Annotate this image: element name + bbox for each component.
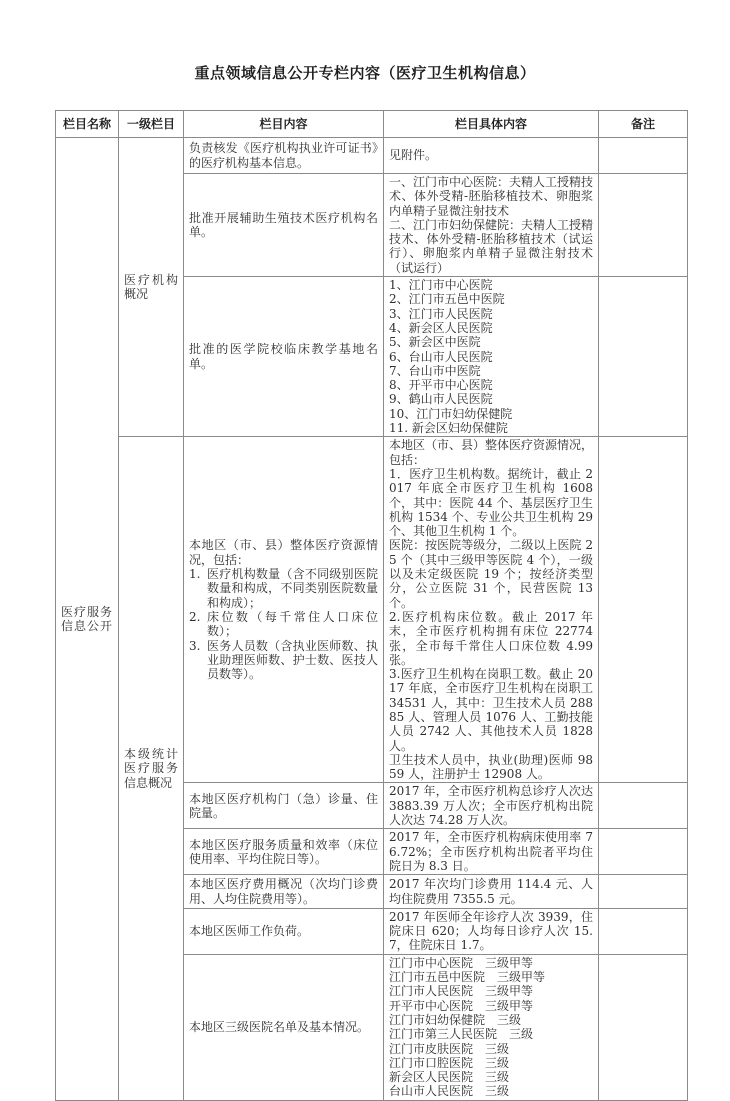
header-content: 栏目内容 <box>184 111 384 138</box>
group-cell-statistics-overview: 本级统计医疗服务信息概况 <box>119 437 184 1100</box>
list-marker: 2. <box>189 610 207 639</box>
info-disclosure-table: 栏目名称 一级栏目 栏目内容 栏目具体内容 备注 医疗服务信息公开 医疗机构概况… <box>55 110 688 1101</box>
header-level1: 一级栏目 <box>119 111 184 138</box>
content-cell: 本地区医师工作负荷。 <box>184 908 384 954</box>
content-cell: 负责核发《医疗机构执业许可证书》的医疗机构基本信息。 <box>184 138 384 174</box>
remark-cell <box>599 954 688 1100</box>
remark-cell <box>599 875 688 909</box>
remark-cell <box>599 174 688 277</box>
remark-cell <box>599 437 688 783</box>
content-list-item: 3. 医务人员数（含执业医师数、执业助理医师数、护士数、医技人员数等）。 <box>189 639 378 682</box>
list-text: 医务人员数（含执业医师数、执业助理医师数、护士数、医技人员数等）。 <box>207 639 378 682</box>
details-cell: 一、江门市中心医院：夫精人工授精技术、体外受精-胚胎移植技术、卵胞浆内单精子显微… <box>384 174 599 277</box>
content-cell: 本地区医疗机构门（急）诊量、住院量。 <box>184 783 384 829</box>
remark-cell <box>599 829 688 875</box>
details-cell: 2017 年，全市医疗机构总诊疗人次达 3883.39 万人次；全市医疗机构出院… <box>384 783 599 829</box>
remark-cell <box>599 908 688 954</box>
content-intro: 本地区（市、县）整体医疗资源情况，包括： <box>189 538 378 567</box>
page-title: 重点领域信息公开专栏内容（医疗卫生机构信息） <box>0 62 730 83</box>
content-list-item: 1. 医疗机构数量（含不同级别医院数量和构成，不同类别医院数量和构成）； <box>189 567 378 610</box>
list-marker: 3. <box>189 639 207 682</box>
list-text: 医疗机构数量（含不同级别医院数量和构成，不同类别医院数量和构成）； <box>207 567 378 610</box>
header-row: 栏目名称 一级栏目 栏目内容 栏目具体内容 备注 <box>56 111 688 138</box>
page: { "doc": { "title": "重点领域信息公开专栏内容（医疗卫生机构… <box>0 0 730 1078</box>
details-cell: 见附件。 <box>384 138 599 174</box>
content-cell: 批准开展辅助生殖技术医疗机构名单。 <box>184 174 384 277</box>
details-cell: 2017 年次均门诊费用 114.4 元、人均住院费用 7355.5 元。 <box>384 875 599 909</box>
remark-cell <box>599 277 688 437</box>
table-row: 医疗服务信息公开 医疗机构概况 负责核发《医疗机构执业许可证书》的医疗机构基本信… <box>56 138 688 174</box>
list-text: 床位数（每千常住人口床位数）； <box>207 610 378 639</box>
header-column-name: 栏目名称 <box>56 111 119 138</box>
content-cell: 本地区医疗费用概况（次均门诊费用、人均住院费用等）。 <box>184 875 384 909</box>
content-cell: 本地区医疗服务质量和效率（床位使用率、平均住院日等）。 <box>184 829 384 875</box>
table-row: 本级统计医疗服务信息概况 本地区（市、县）整体医疗资源情况，包括： 1. 医疗机… <box>56 437 688 783</box>
content-cell: 本地区三级医院名单及基本情况。 <box>184 954 384 1100</box>
content-cell: 本地区（市、县）整体医疗资源情况，包括： 1. 医疗机构数量（含不同级别医院数量… <box>184 437 384 783</box>
list-marker: 1. <box>189 567 207 610</box>
content-cell: 批准的医学院校临床教学基地名单。 <box>184 277 384 437</box>
column-name-cell: 医疗服务信息公开 <box>56 138 119 1101</box>
group-cell-institution-overview: 医疗机构概况 <box>119 138 184 437</box>
remark-cell <box>599 138 688 174</box>
details-cell: 2017 年医师全年诊疗人次 3939，住院床日 620；人均每日诊疗人次 15… <box>384 908 599 954</box>
header-remark: 备注 <box>599 111 688 138</box>
details-cell: 1、江门市中心医院 2、江门市五邑中医院 3、江门市人民医院 4、新会区人民医院… <box>384 277 599 437</box>
remark-cell <box>599 783 688 829</box>
header-detail: 栏目具体内容 <box>384 111 599 138</box>
details-cell: 江门市中心医院 三级甲等 江门市五邑中医院 三级甲等 江门市人民医院 三级甲等 … <box>384 954 599 1100</box>
details-cell: 本地区（市、县）整体医疗资源情况，包括： 1．医疗卫生机构数。据统计，截止 20… <box>384 437 599 783</box>
content-list-item: 2. 床位数（每千常住人口床位数）； <box>189 610 378 639</box>
details-cell: 2017 年，全市医疗机构病床使用率 76.72%；全市医疗机构出院者平均住院日… <box>384 829 599 875</box>
